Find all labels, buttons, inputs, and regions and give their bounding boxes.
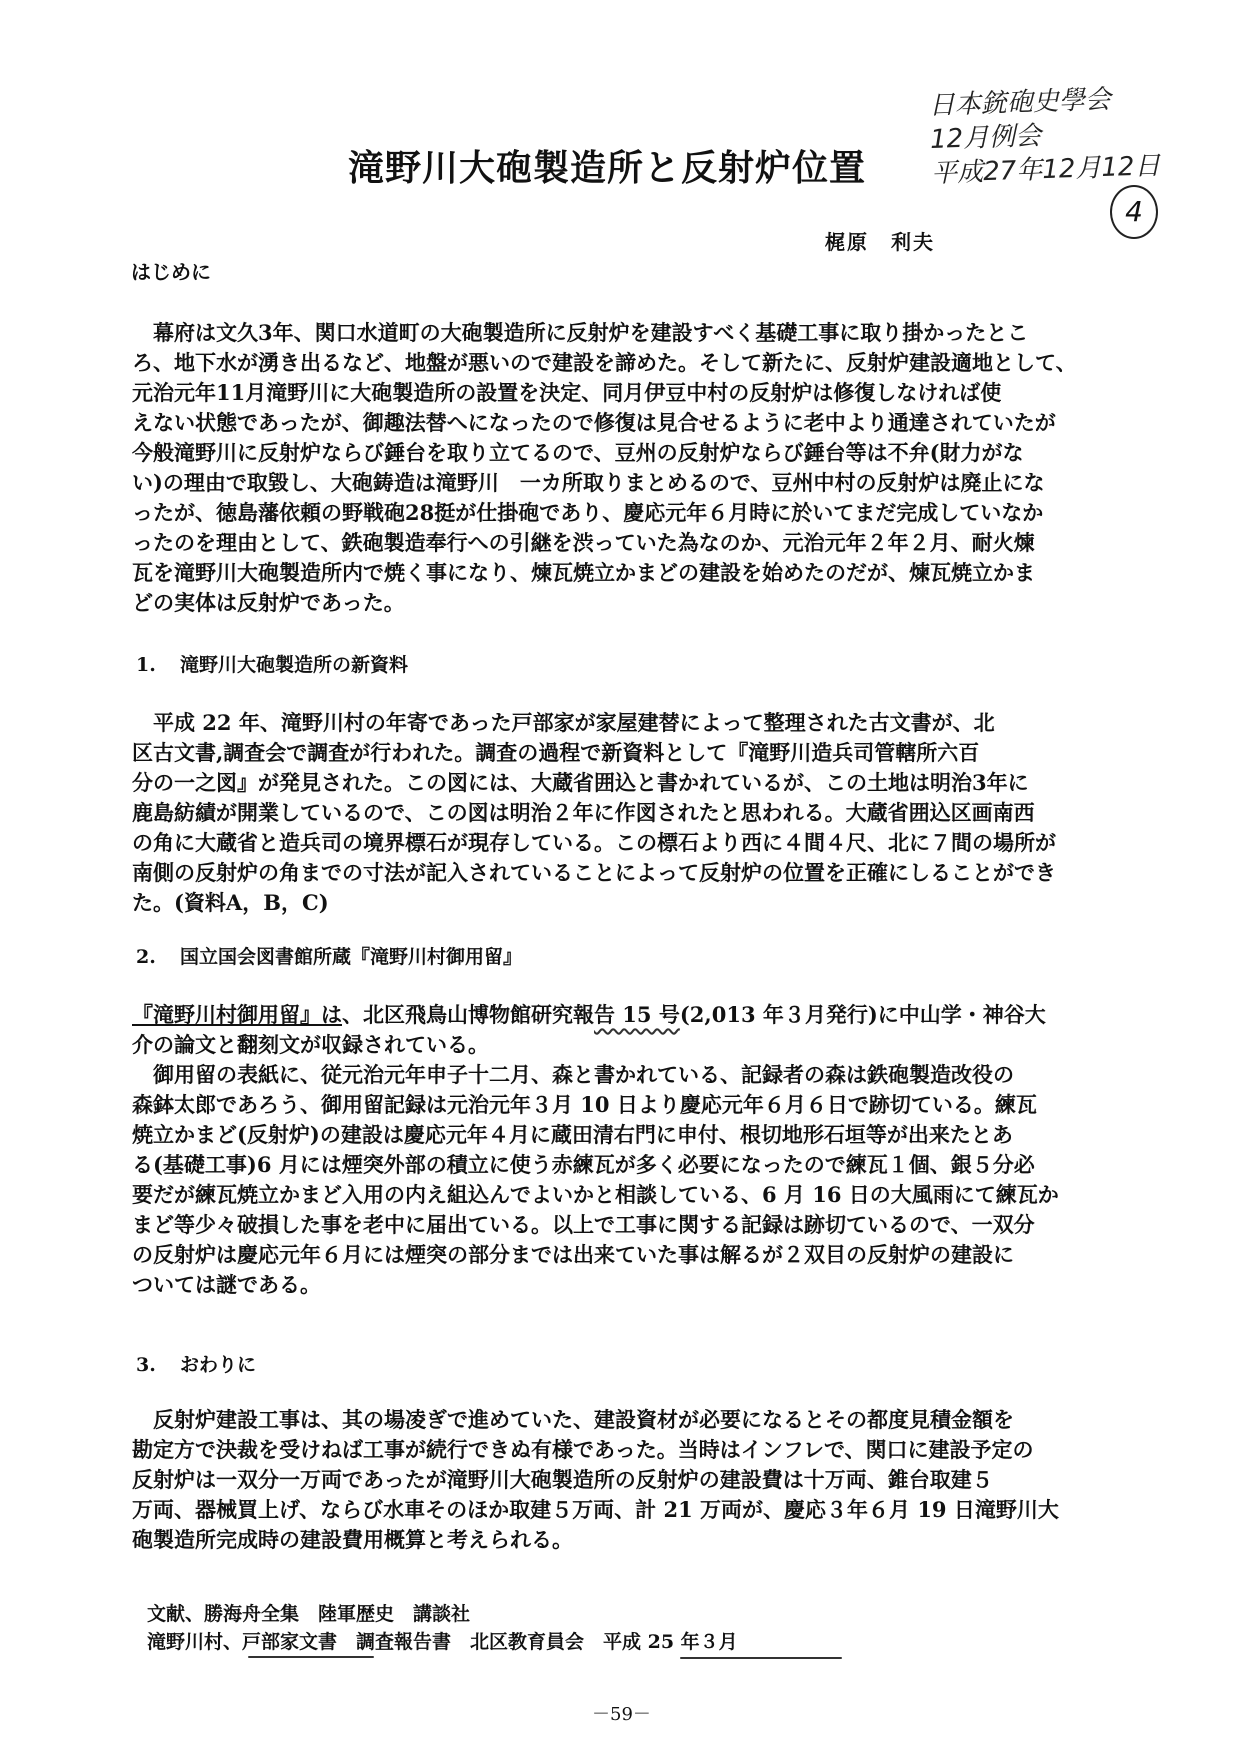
text-line: 今般滝野川に反射炉ならび錘台を取り立てるので、豆州の反射炉ならび錘台等は不弁(財… xyxy=(132,438,1122,468)
text-line: ったのを理由として、鉄砲製造奉行への引継を渋っていた為なのか、元治元年２年２月、… xyxy=(132,528,1122,558)
section-title: 滝野川大砲製造所の新資料 xyxy=(180,654,408,676)
pen-underline-mark xyxy=(680,1657,842,1659)
text-line: 幕府は文久3年、関口水道町の大砲製造所に反射炉を建設すべく基礎工事に取り掛かった… xyxy=(132,318,1122,348)
pen-underline-mark xyxy=(248,1656,374,1658)
section-number: 1. xyxy=(136,654,180,676)
section-1-paragraph: 平成 22 年、滝野川村の年寄であった戸部家が家屋建替によって整理された古文書が… xyxy=(132,708,1122,918)
text-line: ろ、地下水が湧き出るなど、地盤が悪いので建設を諦めた。そして新たに、反射炉建設適… xyxy=(132,348,1122,378)
section-number: 3. xyxy=(136,1354,180,1376)
section-2-heading: 2.国立国会図書館所蔵『滝野川村御用留』 xyxy=(136,942,522,969)
text-line: えない状態であったが、御趣法替へになったので修復は見合せるように老中より通達され… xyxy=(132,408,1122,438)
text-line: 元治元年11月滝野川に大砲製造所の設置を決定、同月伊豆中村の反射炉は修復しなけれ… xyxy=(132,378,1122,408)
text-line: 御用留の表紙に、従元治元年申子十二月、森と書かれている、記録者の森は鉄砲製造改役… xyxy=(132,1060,1122,1090)
section-3-paragraph: 反射炉建設工事は、其の場凌ぎで進めていた、建設資材が必要になるとその都度見積金額… xyxy=(132,1405,1122,1555)
text-line: 反射炉は一双分一万両であったが滝野川大砲製造所の反射炉の建設費は十万両、錐台取建… xyxy=(132,1465,1122,1495)
section-number: 2. xyxy=(136,946,180,968)
text-line: 反射炉建設工事は、其の場凌ぎで進めていた、建設資材が必要になるとその都度見積金額… xyxy=(132,1405,1122,1435)
reference-line: 滝野川村、戸部家文書 調査報告書 北区教育員会 平成 25 年３月 xyxy=(147,1628,738,1656)
references: 文献、勝海舟全集 陸軍歴史 講談社 滝野川村、戸部家文書 調査報告書 北区教育員… xyxy=(147,1600,738,1656)
text-line: 砲製造所完成時の建設費用概算と考えられる。 xyxy=(132,1525,1122,1555)
section-title: 国立国会図書館所蔵『滝野川村御用留』 xyxy=(180,946,522,968)
section-1-heading: 1.滝野川大砲製造所の新資料 xyxy=(136,650,408,677)
text-span: 、北区飛鳥山博物館研究報 xyxy=(342,1002,594,1027)
text-line: 分の一之図』が発見された。この図には、大蔵省囲込と書かれているが、この土地は明治… xyxy=(132,768,1122,798)
section-3-heading: 3.おわりに xyxy=(136,1350,256,1377)
section-title: おわりに xyxy=(180,1354,256,1376)
reference-line: 文献、勝海舟全集 陸軍歴史 講談社 xyxy=(147,1600,738,1628)
text-line: る(基礎工事)6 月には煙突外部の積立に使う赤練瓦が多く必要になったので練瓦１個… xyxy=(132,1150,1122,1180)
text-line: どの実体は反射炉であった。 xyxy=(132,588,1122,618)
text-line: 万両、器械買上げ、ならび水車そのほか取建５万両、計 21 万両が、慶応３年６月 … xyxy=(132,1495,1122,1525)
text-line: 区古文書,調査会で調査が行われた。調査の過程で新資料として『滝野川造兵司管轄所六… xyxy=(132,738,1122,768)
text-line: ついては謎である。 xyxy=(132,1270,1122,1300)
text-line: まど等少々破損した事を老中に届出ている。以上で工事に関する記録は跡切ているので、… xyxy=(132,1210,1122,1240)
text-line: 森鉢太郎であろう、御用留記録は元治元年３月 10 日より慶応元年６月６日で跡切て… xyxy=(132,1090,1122,1120)
text-line: の角に大蔵省と造兵司の境界標石が現存している。この標石より西に４間４尺、北に７間… xyxy=(132,828,1122,858)
text-line: 鹿島紡績が開業しているので、この図は明治２年に作図されたと思われる。大蔵省囲込区… xyxy=(132,798,1122,828)
text-line: 『滝野川村御用留』は、北区飛鳥山博物館研究報告 15 号(2,013 年３月発行… xyxy=(132,1000,1122,1030)
underlined-title: 『滝野川村御用留』は xyxy=(132,1002,342,1027)
text-line: 介の論文と翻刻文が収録されている。 xyxy=(132,1030,1122,1060)
section-2-paragraph: 『滝野川村御用留』は、北区飛鳥山博物館研究報告 15 号(2,013 年３月発行… xyxy=(132,1000,1122,1300)
text-line: 勘定方で決裁を受けねば工事が続行できぬ有様であった。当時はインフレで、関口に建設… xyxy=(132,1435,1122,1465)
handwritten-note-line: 平成27年12月12日 xyxy=(931,149,1161,191)
text-line: 瓦を滝野川大砲製造所内で焼く事になり、煉瓦焼立かまどの建設を始めたのだが、煉瓦焼… xyxy=(132,558,1122,588)
text-line: ったが、徳島藩依頼の野戦砲28挺が仕掛砲であり、慶応元年６月時に於いてまだ完成し… xyxy=(132,498,1122,528)
document-title: 滝野川大砲製造所と反射炉位置 xyxy=(348,140,866,191)
text-line: 平成 22 年、滝野川村の年寄であった戸部家が家屋建替によって整理された古文書が… xyxy=(132,708,1122,738)
intro-paragraph: 幕府は文久3年、関口水道町の大砲製造所に反射炉を建設すべく基礎工事に取り掛かった… xyxy=(132,318,1122,618)
text-line: の反射炉は慶応元年６月には煙突の部分までは出来ていた事は解るが２双目の反射炉の建… xyxy=(132,1240,1122,1270)
handwritten-note: 日本銃砲史學会 12月例会 平成27年12月12日 xyxy=(928,81,1161,191)
intro-heading: はじめに xyxy=(131,256,211,285)
text-line: た。(資料A，B，C) xyxy=(132,888,1122,918)
text-line: 南側の反射炉の角までの寸法が記入されていることによって反射炉の位置を正確にしるこ… xyxy=(132,858,1122,888)
text-span: (2,013 年３月発行)に中山学・神谷大 xyxy=(680,1002,1046,1027)
author-name: 梶原 利夫 xyxy=(825,226,935,255)
wavy-underlined-text: 告 15 号 xyxy=(594,1002,680,1027)
page-number: －59－ xyxy=(592,1700,651,1726)
text-line: い)の理由で取毀し、大砲鋳造は滝野川 一カ所取りまとめるので、豆州中村の反射炉は… xyxy=(132,468,1122,498)
circled-number: 4 xyxy=(1110,185,1158,239)
text-line: 要だが練瓦焼立かまど入用の内え組込んでよいかと相談している、6 月 16 日の大… xyxy=(132,1180,1122,1210)
text-line: 焼立かまど(反射炉)の建設は慶応元年４月に蔵田清右門に申付、根切地形石垣等が出来… xyxy=(132,1120,1122,1150)
